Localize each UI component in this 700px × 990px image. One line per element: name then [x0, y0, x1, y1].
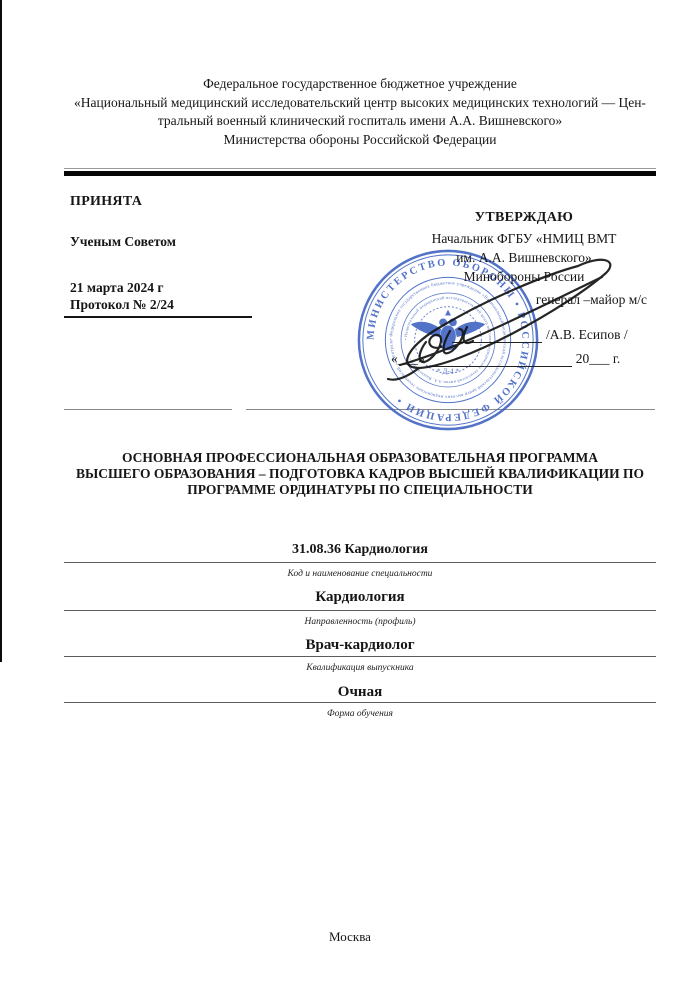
approval-title: УТВЕРЖДАЮ: [408, 208, 640, 227]
field-qualification-line: [64, 656, 656, 657]
field-profile-line: [64, 610, 656, 611]
signature-strokes: [388, 260, 610, 380]
field-qualification-value: Врач-кардиолог: [64, 637, 656, 654]
signature-line-left: [64, 409, 232, 410]
field-study-form-line: [64, 702, 656, 703]
title-line-1: ОСНОВНАЯ ПРОФЕССИОНАЛЬНАЯ ОБРАЗОВАТЕЛЬНА…: [64, 450, 656, 466]
title-line-2: ВЫСШЕГО ОБРАЗОВАНИЯ – ПОДГОТОВКА КАДРОВ …: [64, 466, 656, 482]
footer-city: Москва: [0, 929, 700, 945]
org-line-2: «Национальный медицинский исследовательс…: [64, 94, 656, 113]
title-line-3: ПРОГРАММЕ ОРДИНАТУРЫ ПО СПЕЦИАЛЬНОСТИ: [64, 482, 656, 498]
accepted-title: ПРИНЯТА: [70, 194, 142, 210]
org-line-4: Министерства обороны Российской Федераци…: [64, 131, 656, 150]
field-study-form-value: Очная: [64, 684, 656, 701]
scan-edge-artifact: [0, 0, 2, 662]
document-title: ОСНОВНАЯ ПРОФЕССИОНАЛЬНАЯ ОБРАЗОВАТЕЛЬНА…: [64, 450, 656, 499]
field-study-form-caption: Форма обучения: [64, 709, 656, 719]
accepted-protocol-number: Протокол № 2/24: [70, 297, 174, 313]
document-page: Федеральное государственное бюджетное уч…: [0, 0, 700, 990]
field-qualification-caption: Квалификация выпускника: [64, 663, 656, 673]
accepted-date: 21 марта 2024 г: [70, 280, 164, 296]
field-profile-value: Кардиология: [64, 589, 656, 606]
org-line-1: Федеральное государственное бюджетное уч…: [64, 75, 656, 94]
field-specialty-caption: Код и наименование специальности: [64, 569, 656, 579]
field-specialty-value: 31.08.36 Кардиология: [64, 542, 656, 558]
accepted-by: Ученым Советом: [70, 234, 176, 250]
accepted-underline: [64, 316, 252, 318]
handwritten-signature: [366, 246, 636, 406]
header-rule-thin: [64, 168, 656, 169]
field-profile-caption: Направленность (профиль): [64, 617, 656, 627]
header-rule-thick: [64, 171, 656, 176]
organization-header: Федеральное государственное бюджетное уч…: [64, 75, 656, 149]
field-specialty-line: [64, 562, 656, 563]
org-line-3: тральный военный клинический госпиталь и…: [64, 112, 656, 131]
